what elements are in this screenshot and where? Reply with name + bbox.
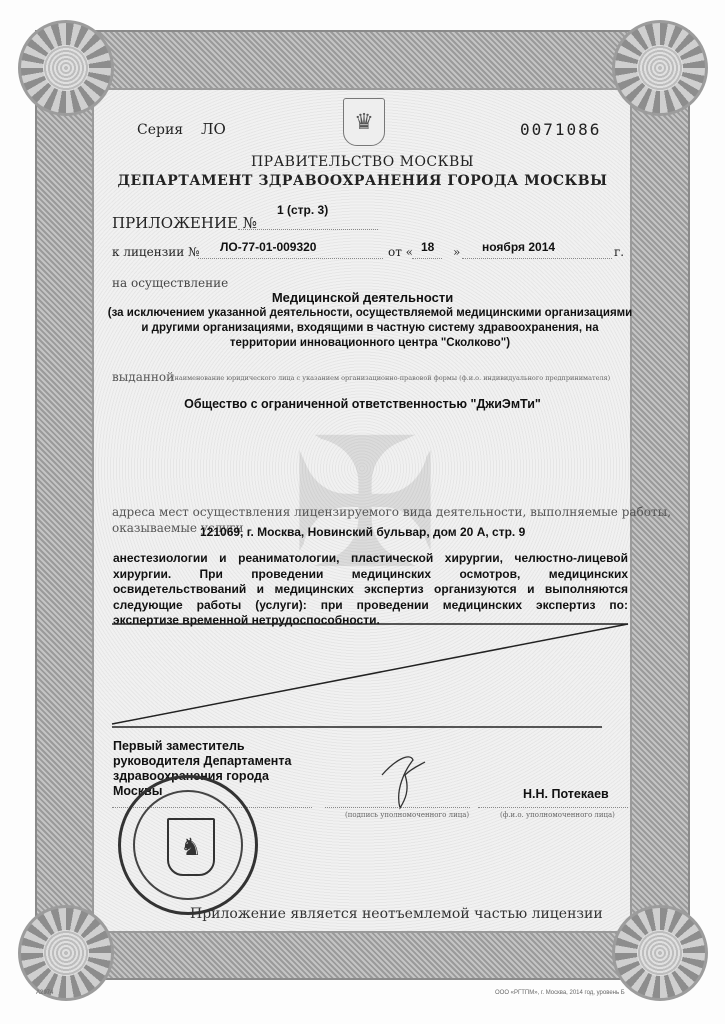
signer-position-line2: руководителя Департамента xyxy=(113,754,291,769)
footer-note: Приложение является неотъемлемой частью … xyxy=(190,906,603,922)
strike-through-lines xyxy=(0,0,725,1024)
signer-position-line1: Первый заместитель xyxy=(113,739,291,754)
printer-info: ООО «РГТПМ», г. Москва, 2014 год, уровен… xyxy=(495,990,625,996)
form-code: А2974 xyxy=(36,990,53,996)
signer-name: Н.Н. Потекаев xyxy=(523,787,609,801)
official-seal-icon: ♞ xyxy=(118,775,258,915)
name-dotline xyxy=(478,807,628,808)
signature-icon xyxy=(382,757,425,808)
signature-dotline xyxy=(325,807,470,808)
moscow-coat-of-arms-icon: ♞ xyxy=(167,818,215,876)
signature-hint: (подпись уполномоченного лица) xyxy=(345,811,469,819)
name-hint: (ф.и.о. уполномоченного лица) xyxy=(500,811,615,819)
